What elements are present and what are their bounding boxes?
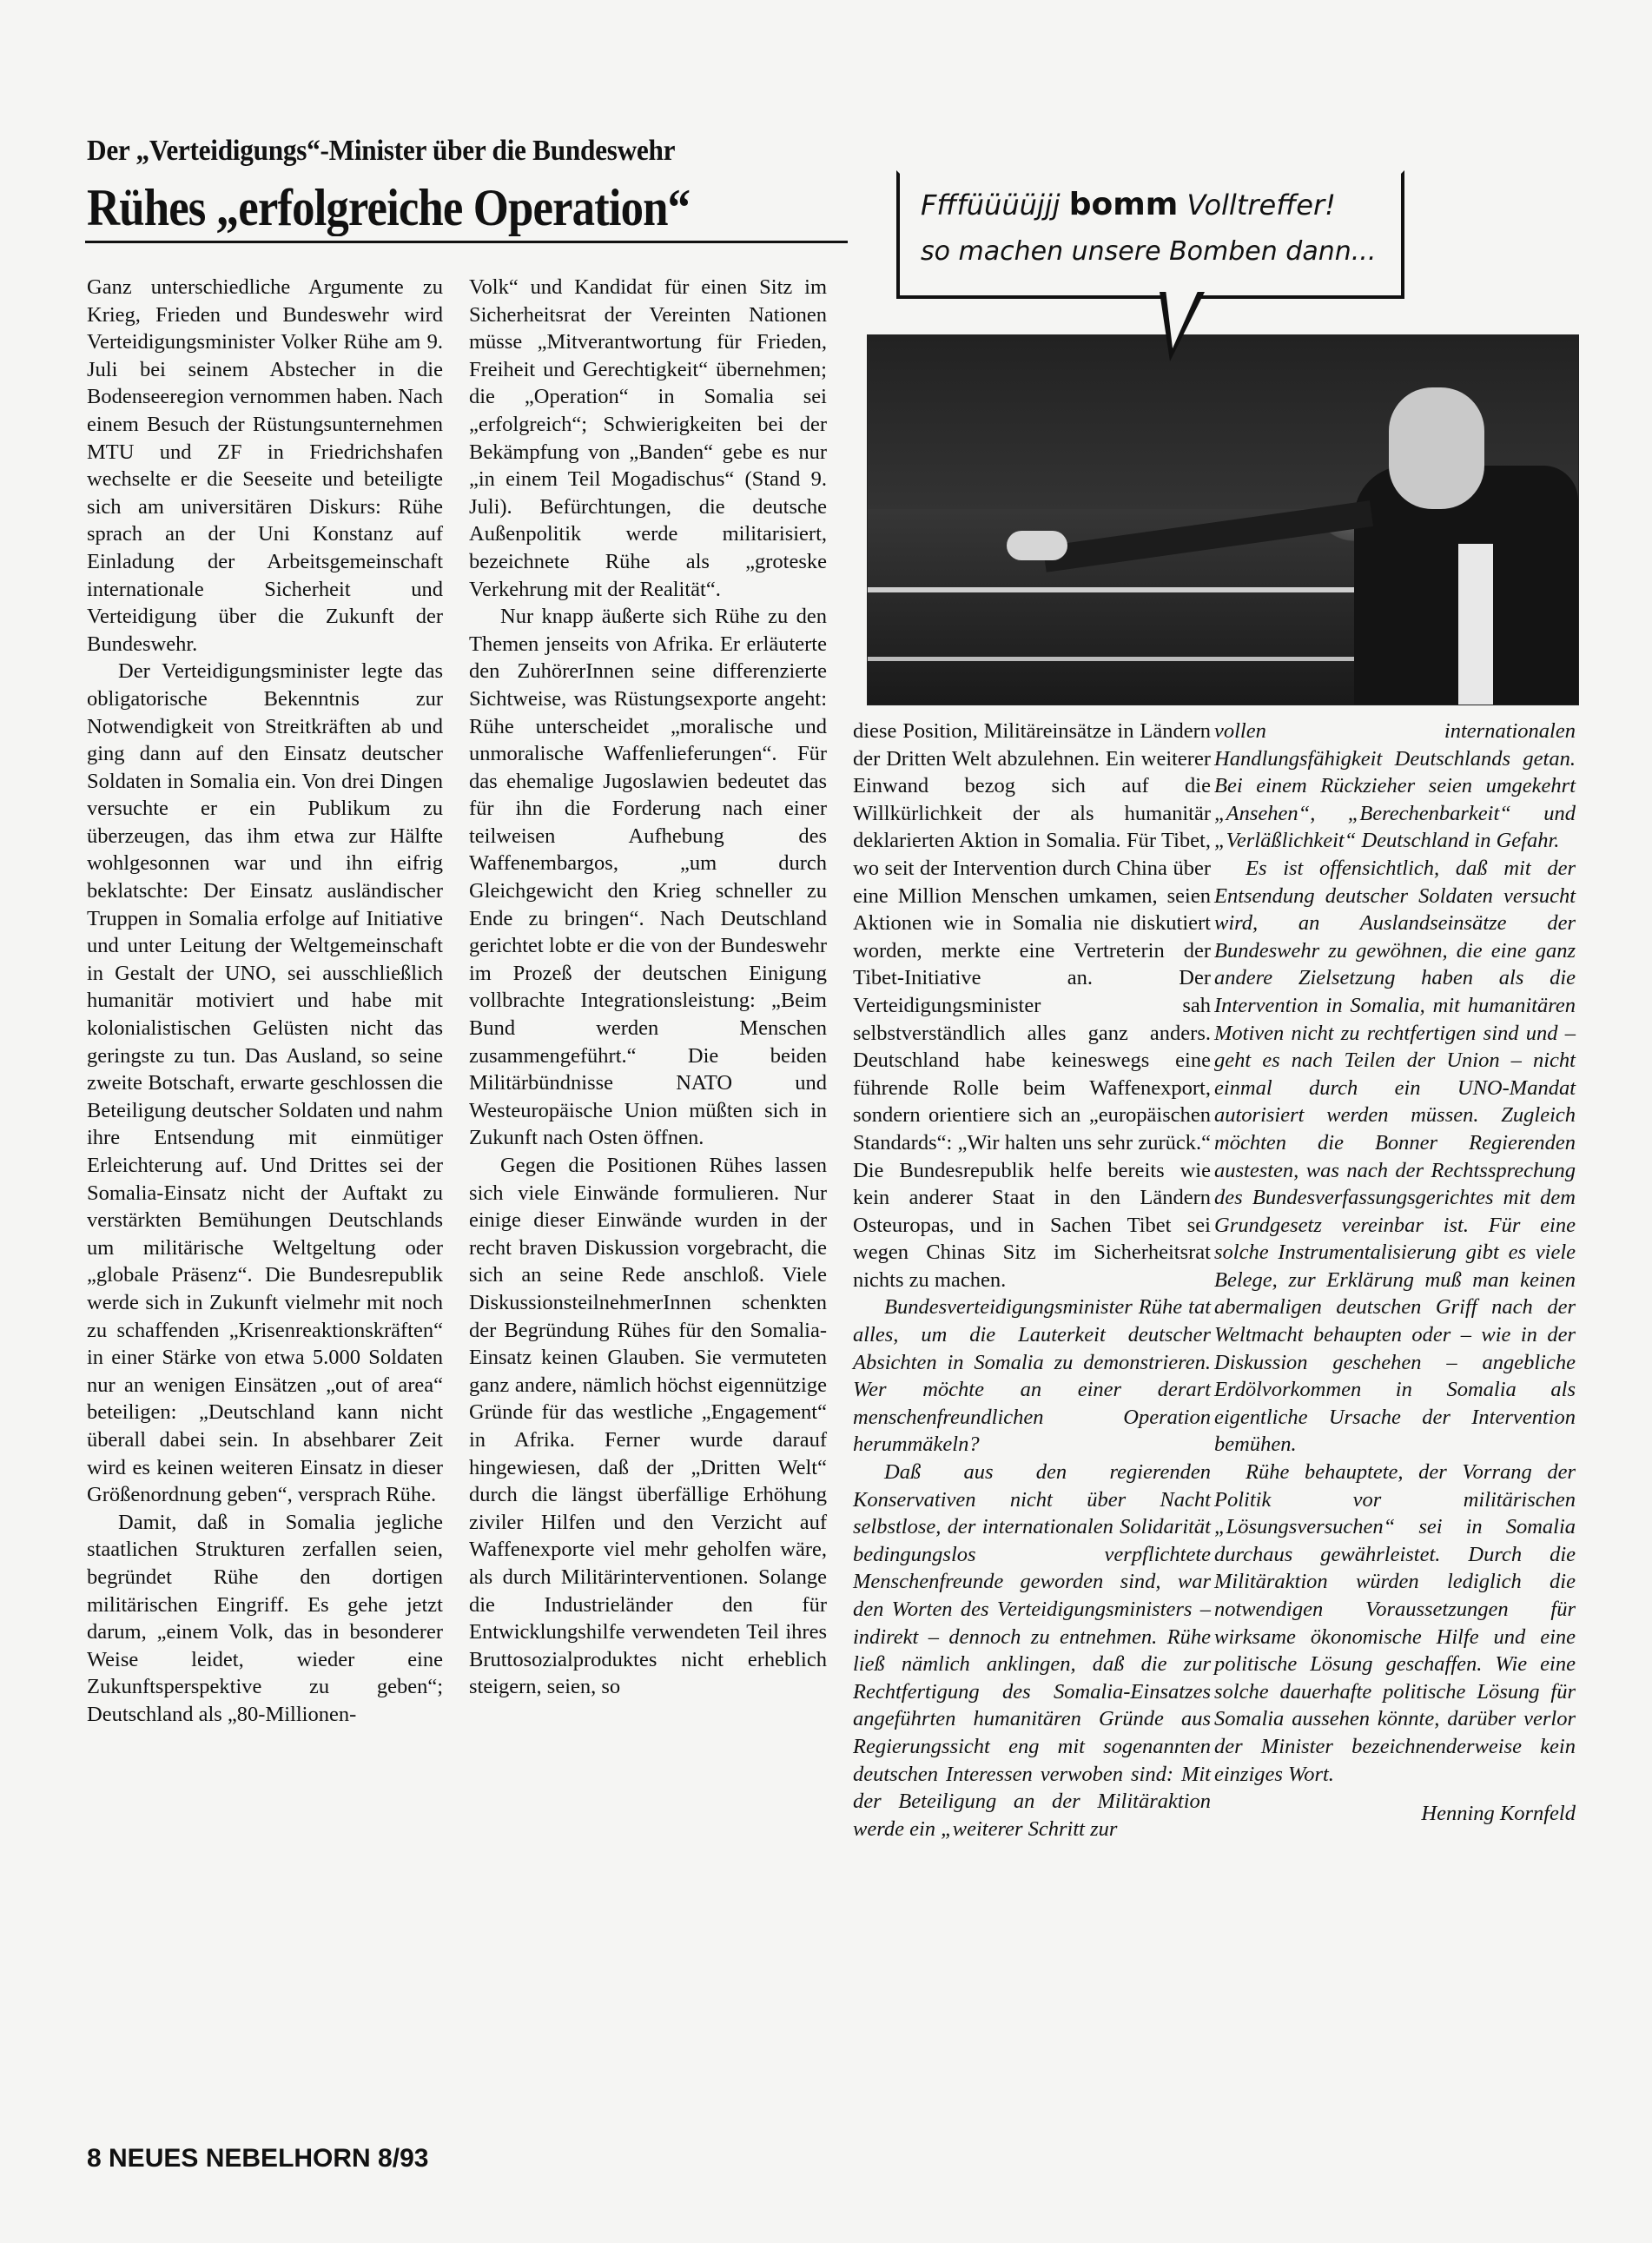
page-footer: 8 NEUES NEBELHORN 8/93 [87, 2144, 428, 2174]
speech-sound: Ffffüüüüjjj [921, 189, 1061, 222]
article-kicker: Der „Verteidigungs“-Minister über die Bu… [87, 135, 675, 168]
paragraph-italic: Rühe behauptete, der Vorrang der Politik… [1214, 1459, 1576, 1788]
speech-bubble-line-1: Ffffüüüüjjj bomm Volltreffer! [921, 187, 1336, 222]
headline-rule [85, 241, 848, 243]
article-column-1: Ganz unterschiedliche Argumente zu Krieg… [87, 274, 443, 1728]
paragraph: diese Position, Militäreinsätze in Lände… [853, 718, 1211, 1294]
photo-speaker-face [1389, 387, 1484, 509]
paragraph-italic: Bundesverteidigungsminister Rühe tat all… [853, 1294, 1211, 1459]
paragraph: Volk“ und Kandidat für einen Sitz im Sic… [469, 274, 827, 603]
paragraph: Gegen die Positionen Rühes lassen sich v… [469, 1152, 827, 1701]
paragraph: Nur knapp äußerte sich Rühe zu den Theme… [469, 603, 827, 1152]
speaker-photo [867, 334, 1579, 705]
paragraph: Damit, daß in Somalia jegliche staatlich… [87, 1509, 443, 1729]
speech-volltreffer: Volltreffer! [1186, 189, 1336, 222]
photo-speaker-arm [1043, 500, 1373, 572]
photo-speaker-shirt [1458, 544, 1493, 705]
article-column-4: vollen internationalen Handlungsfähigkei… [1214, 718, 1576, 1828]
paragraph-italic: Daß aus den regierenden Konservativen ni… [853, 1459, 1211, 1843]
article-column-3: diese Position, Militäreinsätze in Lände… [853, 718, 1211, 1843]
photo-speaker-hand [1007, 531, 1067, 560]
photo-desk-edge-lower [868, 657, 1389, 661]
speech-bomm: bomm [1069, 187, 1179, 222]
article-headline: Rühes „erfolgreiche Operation“ [87, 178, 690, 238]
paragraph-italic: vollen internationalen Handlungsfähigkei… [1214, 718, 1576, 855]
speech-bubble-line-2: so machen unsere Bomben dann... [921, 236, 1376, 267]
paragraph-italic: Es ist offensichtlich, daß mit der Entse… [1214, 855, 1576, 1459]
paragraph: Der Verteidigungsminister legte das obli… [87, 658, 443, 1508]
speech-bubble-tail-inner [1166, 289, 1199, 348]
author-signature: Henning Kornfeld [1214, 1800, 1576, 1828]
newspaper-page: Der „Verteidigungs“-Minister über die Bu… [0, 0, 1652, 2243]
paragraph: Ganz unterschiedliche Argumente zu Krieg… [87, 274, 443, 658]
article-column-2: Volk“ und Kandidat für einen Sitz im Sic… [469, 274, 827, 1701]
